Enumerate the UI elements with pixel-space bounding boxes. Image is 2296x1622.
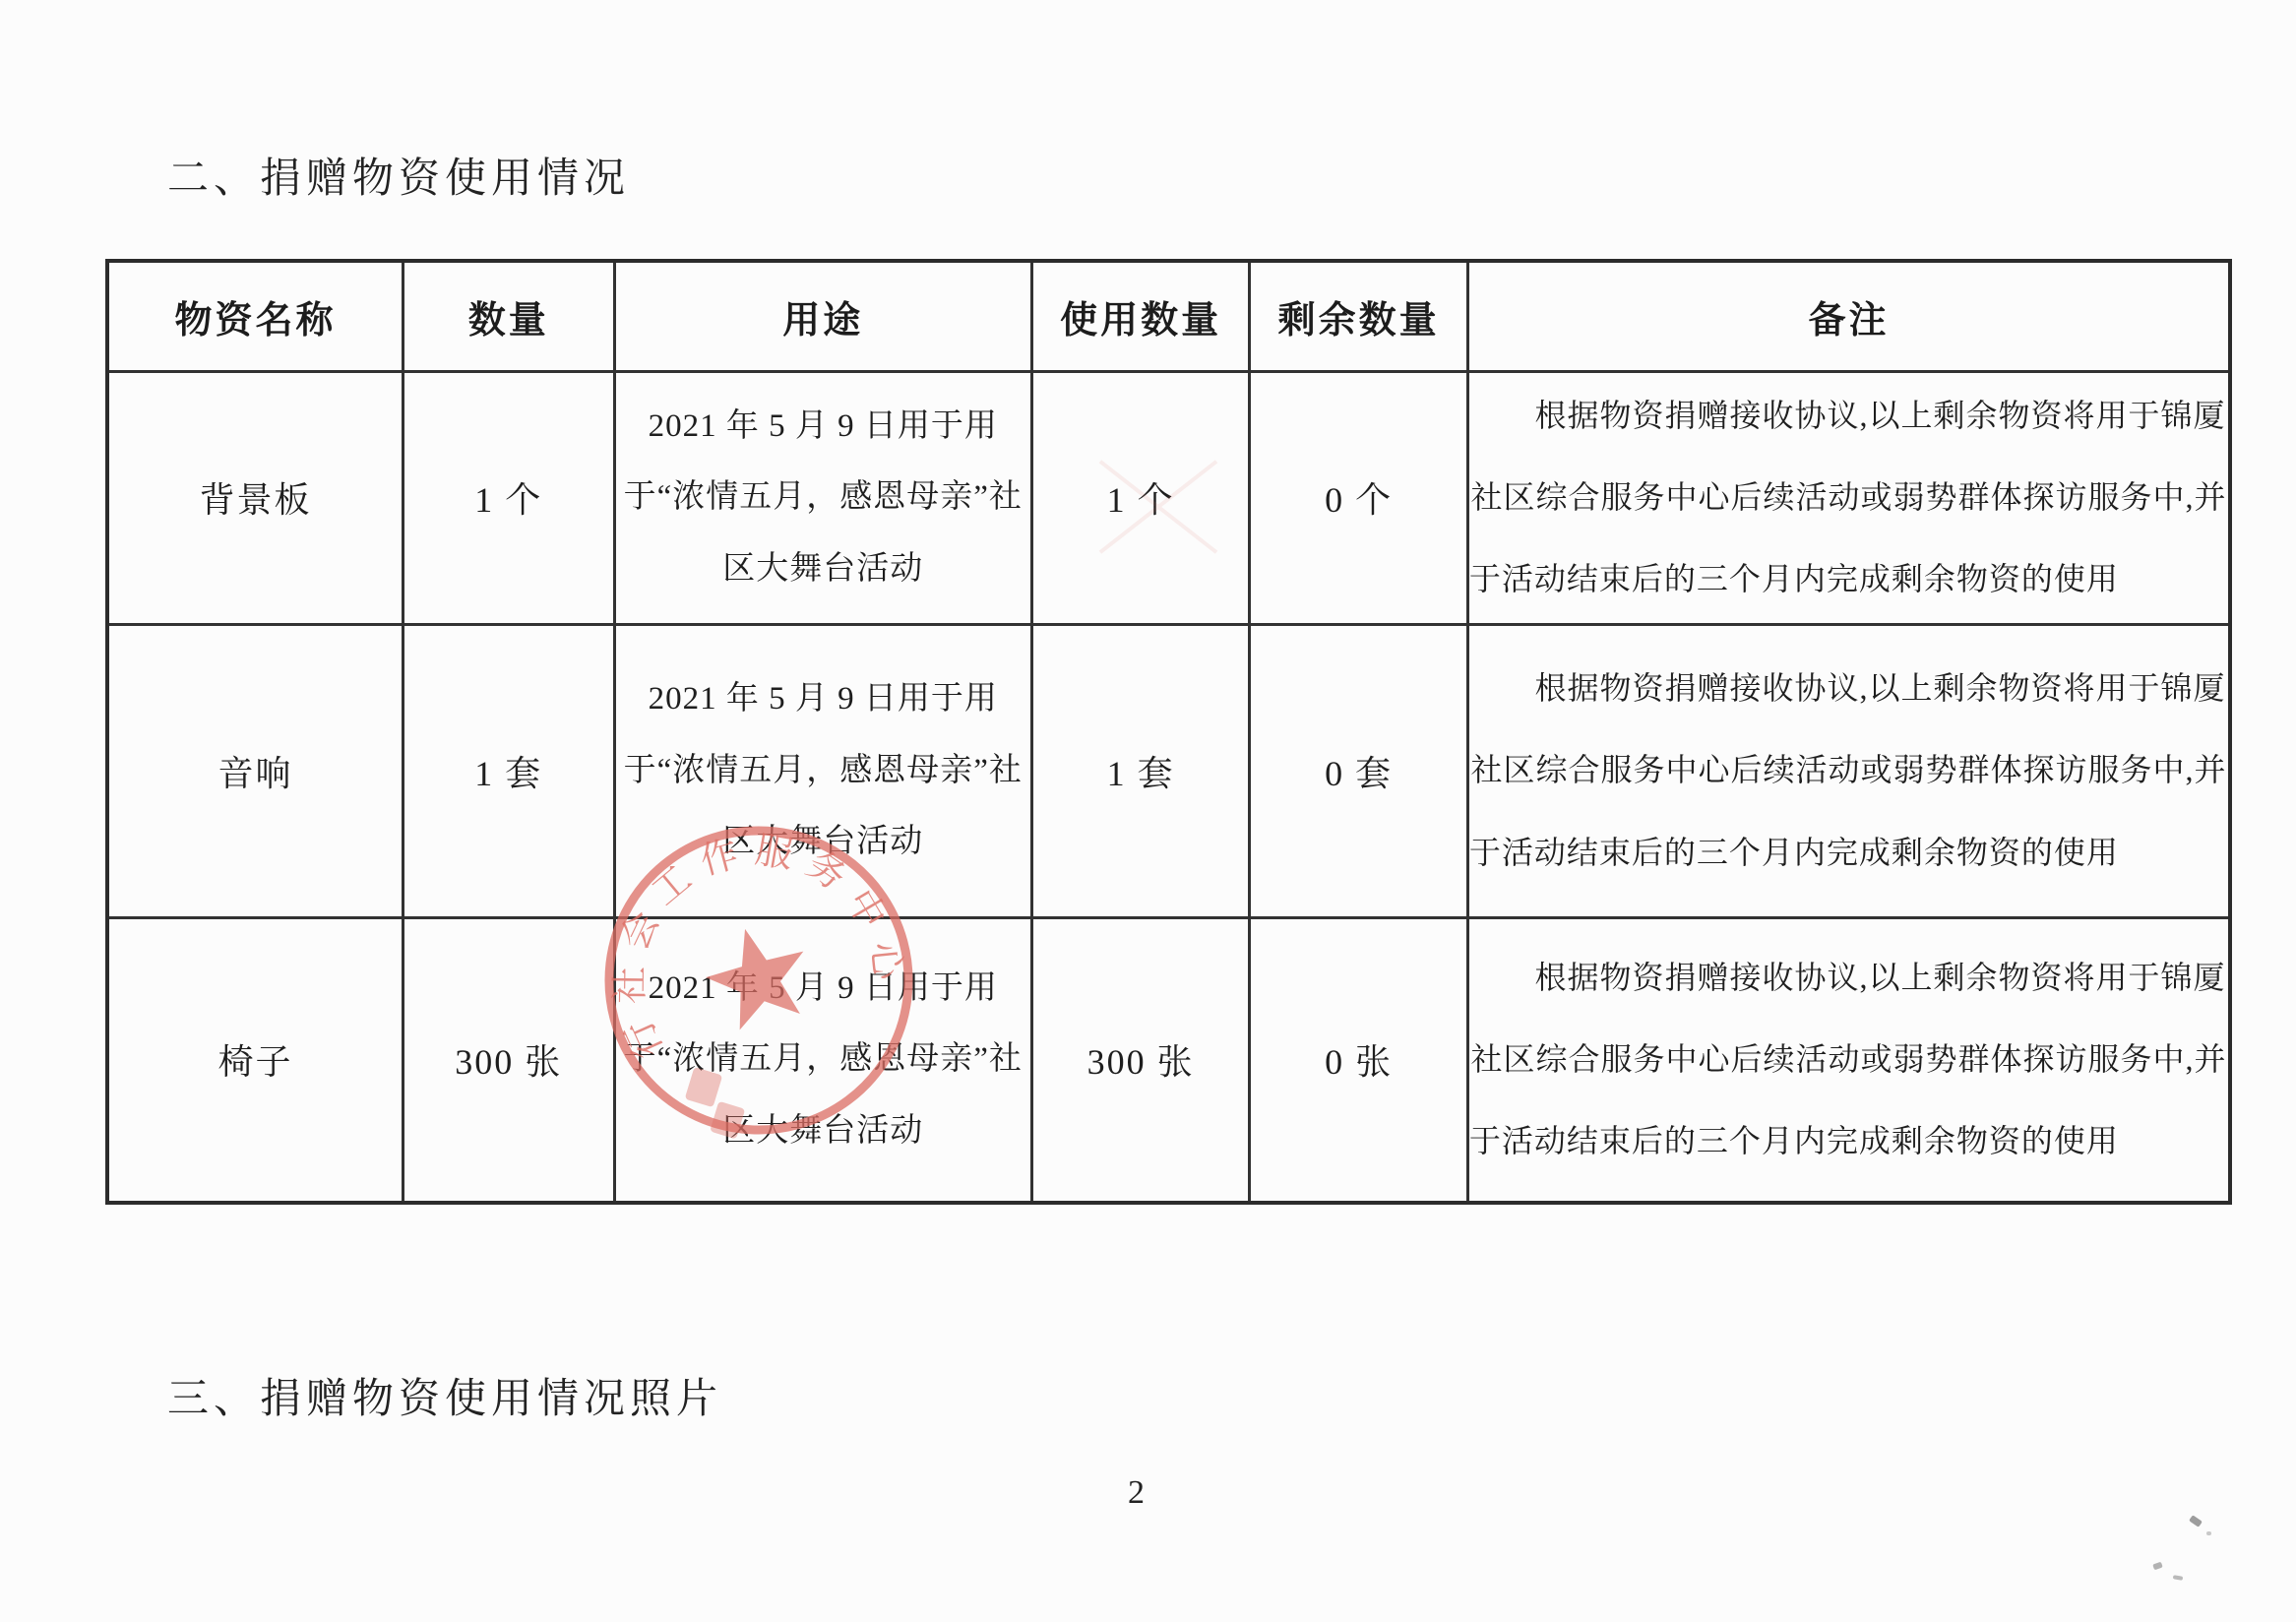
cell-remark: 根据物资捐赠接收协议,以上剩余物资将用于锦厦社区综合服务中心后续活动或弱势群体探…: [1467, 917, 2230, 1203]
cell-used-quantity: 300 张: [1031, 917, 1250, 1203]
header-remaining-quantity: 剩余数量: [1250, 261, 1468, 371]
table-row: 椅子 300 张 2021 年 5 月 9 日用于用于“浓情五月，感恩母亲”社区…: [107, 917, 2230, 1203]
section3-heading: 三、捐赠物资使用情况照片: [167, 1366, 722, 1425]
header-purpose: 用途: [614, 261, 1031, 371]
remark-paragraph: 根据物资捐赠接收协议,以上剩余物资将用于锦厦社区综合服务中心后续活动或弱势群体探…: [1469, 937, 2228, 1183]
cell-material-name: 背景板: [107, 371, 403, 624]
scanned-document-page: 二、捐赠物资使用情况 物资名称 数量 用途 使用数量 剩余数量 备注 背景板 1…: [0, 0, 2296, 1622]
materials-usage-table: 物资名称 数量 用途 使用数量 剩余数量 备注 背景板 1 个 2021 年 5…: [105, 259, 2232, 1205]
remark-paragraph: 根据物资捐赠接收协议,以上剩余物资将用于锦厦社区综合服务中心后续活动或弱势群体探…: [1469, 375, 2228, 621]
cell-used-quantity: 1 套: [1031, 624, 1250, 917]
cell-quantity: 1 个: [403, 371, 614, 624]
scan-artifact: [2189, 1515, 2203, 1528]
remark-paragraph: 根据物资捐赠接收协议,以上剩余物资将用于锦厦社区综合服务中心后续活动或弱势群体探…: [1469, 648, 2228, 894]
cell-used-quantity: 1 个: [1031, 371, 1250, 624]
cell-quantity: 300 张: [403, 917, 614, 1203]
cell-remaining-quantity: 0 套: [1250, 624, 1468, 917]
scan-artifact: [2173, 1575, 2184, 1581]
header-used-quantity: 使用数量: [1031, 261, 1250, 371]
cell-remaining-quantity: 0 张: [1250, 917, 1468, 1203]
page-number: 2: [1128, 1474, 1145, 1512]
table-row: 背景板 1 个 2021 年 5 月 9 日用于用于“浓情五月，感恩母亲”社区大…: [107, 371, 2230, 624]
table-header-row: 物资名称 数量 用途 使用数量 剩余数量 备注: [107, 261, 2230, 371]
cell-purpose: 2021 年 5 月 9 日用于用于“浓情五月，感恩母亲”社区大舞台活动: [614, 624, 1031, 917]
scan-artifact: [2206, 1531, 2211, 1535]
cell-remark: 根据物资捐赠接收协议,以上剩余物资将用于锦厦社区综合服务中心后续活动或弱势群体探…: [1467, 624, 2230, 917]
cell-material-name: 音响: [107, 624, 403, 917]
cell-remaining-quantity: 0 个: [1250, 371, 1468, 624]
header-quantity: 数量: [403, 261, 614, 371]
table-row: 音响 1 套 2021 年 5 月 9 日用于用于“浓情五月，感恩母亲”社区大舞…: [107, 624, 2230, 917]
cell-material-name: 椅子: [107, 917, 403, 1203]
cell-purpose: 2021 年 5 月 9 日用于用于“浓情五月，感恩母亲”社区大舞台活动: [614, 371, 1031, 624]
scan-artifact: [2152, 1562, 2163, 1571]
section2-heading: 二、捐赠物资使用情况: [167, 146, 630, 205]
cell-remark: 根据物资捐赠接收协议,以上剩余物资将用于锦厦社区综合服务中心后续活动或弱势群体探…: [1467, 371, 2230, 624]
header-material-name: 物资名称: [107, 261, 403, 371]
cell-purpose: 2021 年 5 月 9 日用于用于“浓情五月，感恩母亲”社区大舞台活动: [614, 917, 1031, 1203]
cell-quantity: 1 套: [403, 624, 614, 917]
header-remark: 备注: [1467, 261, 2230, 371]
